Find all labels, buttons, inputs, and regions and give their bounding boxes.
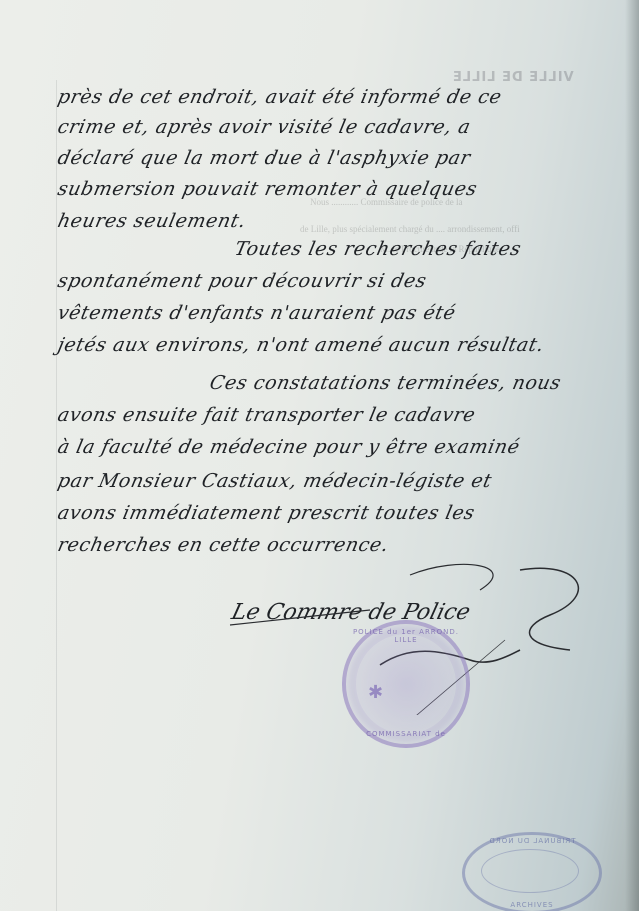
handwritten-line: avons ensuite fait transporter le cadavr…	[56, 404, 478, 426]
stamp-top-text: POLICE du 1er ARROND. LILLE	[346, 628, 466, 644]
handwritten-line: par Monsieur Castiaux, médecin-légiste e…	[56, 470, 494, 492]
oval-stamp-inner-ring	[481, 849, 579, 893]
police-commissariat-stamp: POLICE du 1er ARROND. LILLE ✱ COMMISSARI…	[342, 620, 470, 748]
page-edge-shadow	[625, 0, 639, 911]
handwritten-line: heures seulement.	[56, 210, 248, 232]
margin-rule	[56, 80, 57, 911]
handwritten-line: à la faculté de médecine pour y être exa…	[56, 436, 522, 458]
handwritten-line: Toutes les recherches faites	[233, 238, 524, 260]
handwritten-line: près de cet endroit, avait été informé d…	[56, 86, 504, 108]
printed-bleed-through-2: de Lille, plus spécialement chargé du ..…	[300, 224, 520, 234]
handwritten-line: Ces constatations terminées, nous	[208, 372, 564, 394]
letterhead-bleed-through: VILLE DE LILLE	[452, 70, 574, 85]
handwritten-line: submersion pouvait remonter à quelques	[56, 178, 480, 200]
handwritten-line: crime et, après avoir visité le cadavre,…	[56, 116, 473, 138]
handwritten-line: avons immédiatement prescrit toutes les	[56, 502, 477, 524]
oval-stamp-top-text: TRIBUNAL DU NORD	[465, 837, 599, 845]
oval-stamp-bottom-text: ARCHIVES	[465, 901, 599, 909]
handwritten-line: spontanément pour découvrir si des	[56, 270, 429, 292]
handwritten-line: recherches en cette occurrence.	[56, 534, 391, 556]
handwritten-line: vêtements d'enfants n'auraient pas été	[56, 302, 458, 324]
scanned-document-page: VILLE DE LILLE Nous ............ Commiss…	[0, 0, 639, 911]
stamp-bottom-text: COMMISSARIAT de	[346, 730, 466, 738]
star-icon: ✱	[368, 682, 383, 703]
archive-oval-stamp: TRIBUNAL DU NORD ARCHIVES	[462, 832, 602, 911]
handwritten-line: jetés aux environs, n'ont amené aucun ré…	[56, 334, 547, 356]
handwritten-line: déclaré que la mort due à l'asphyxie par	[56, 147, 473, 169]
